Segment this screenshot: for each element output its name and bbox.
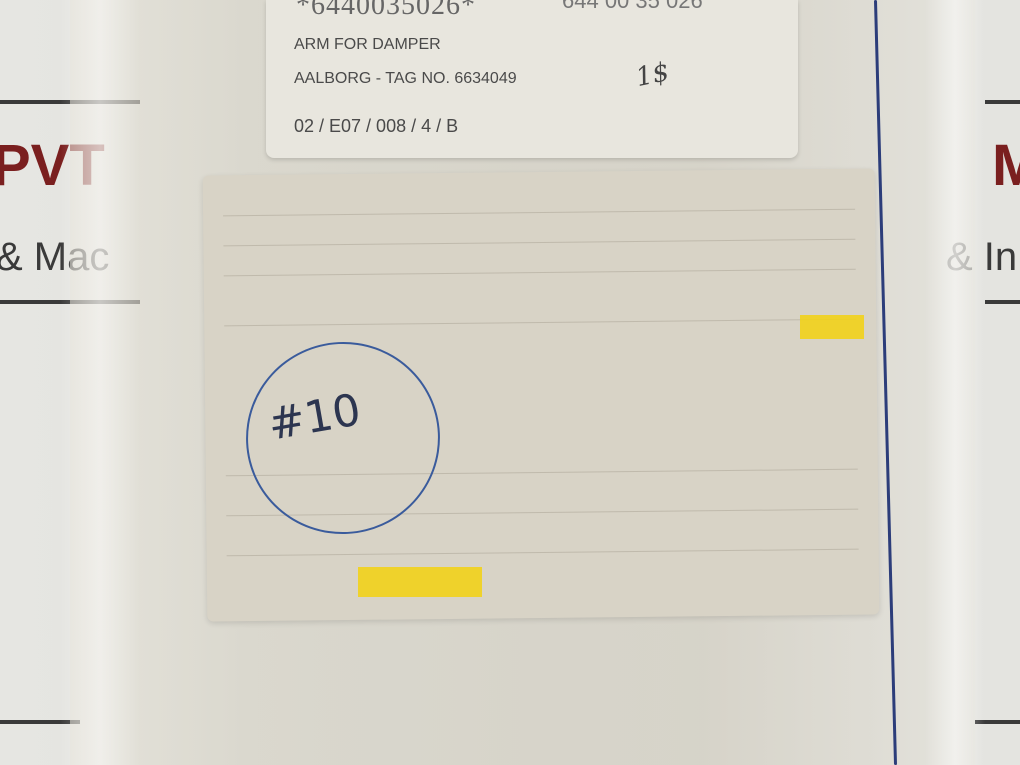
sign-divider	[985, 100, 1020, 104]
faded-row-line	[223, 209, 855, 217]
handwritten-mark: 1$	[633, 57, 672, 93]
faded-row-line	[224, 269, 856, 277]
faded-row-line	[227, 549, 859, 557]
sign-divider	[985, 300, 1020, 304]
faded-row-line	[223, 239, 855, 247]
sign-right-big: M	[992, 132, 1020, 199]
part-label: *6440035026* 644 00 35 026 ARM FOR DAMPE…	[266, 0, 798, 158]
yellow-tape	[358, 567, 482, 597]
part-description: ARM FOR DAMPER	[294, 36, 441, 54]
tag-number: AALBORG - TAG NO. 6634049	[294, 70, 517, 88]
bag-edge-right	[925, 0, 985, 765]
barcode-text: *6440035026*	[296, 0, 476, 22]
location-code: 02 / E07 / 008 / 4 / B	[294, 116, 458, 137]
bag-edge-left	[60, 0, 140, 765]
part-number: 644 00 35 026	[562, 0, 703, 14]
faded-row-line	[224, 319, 856, 327]
yellow-tape	[800, 315, 864, 339]
